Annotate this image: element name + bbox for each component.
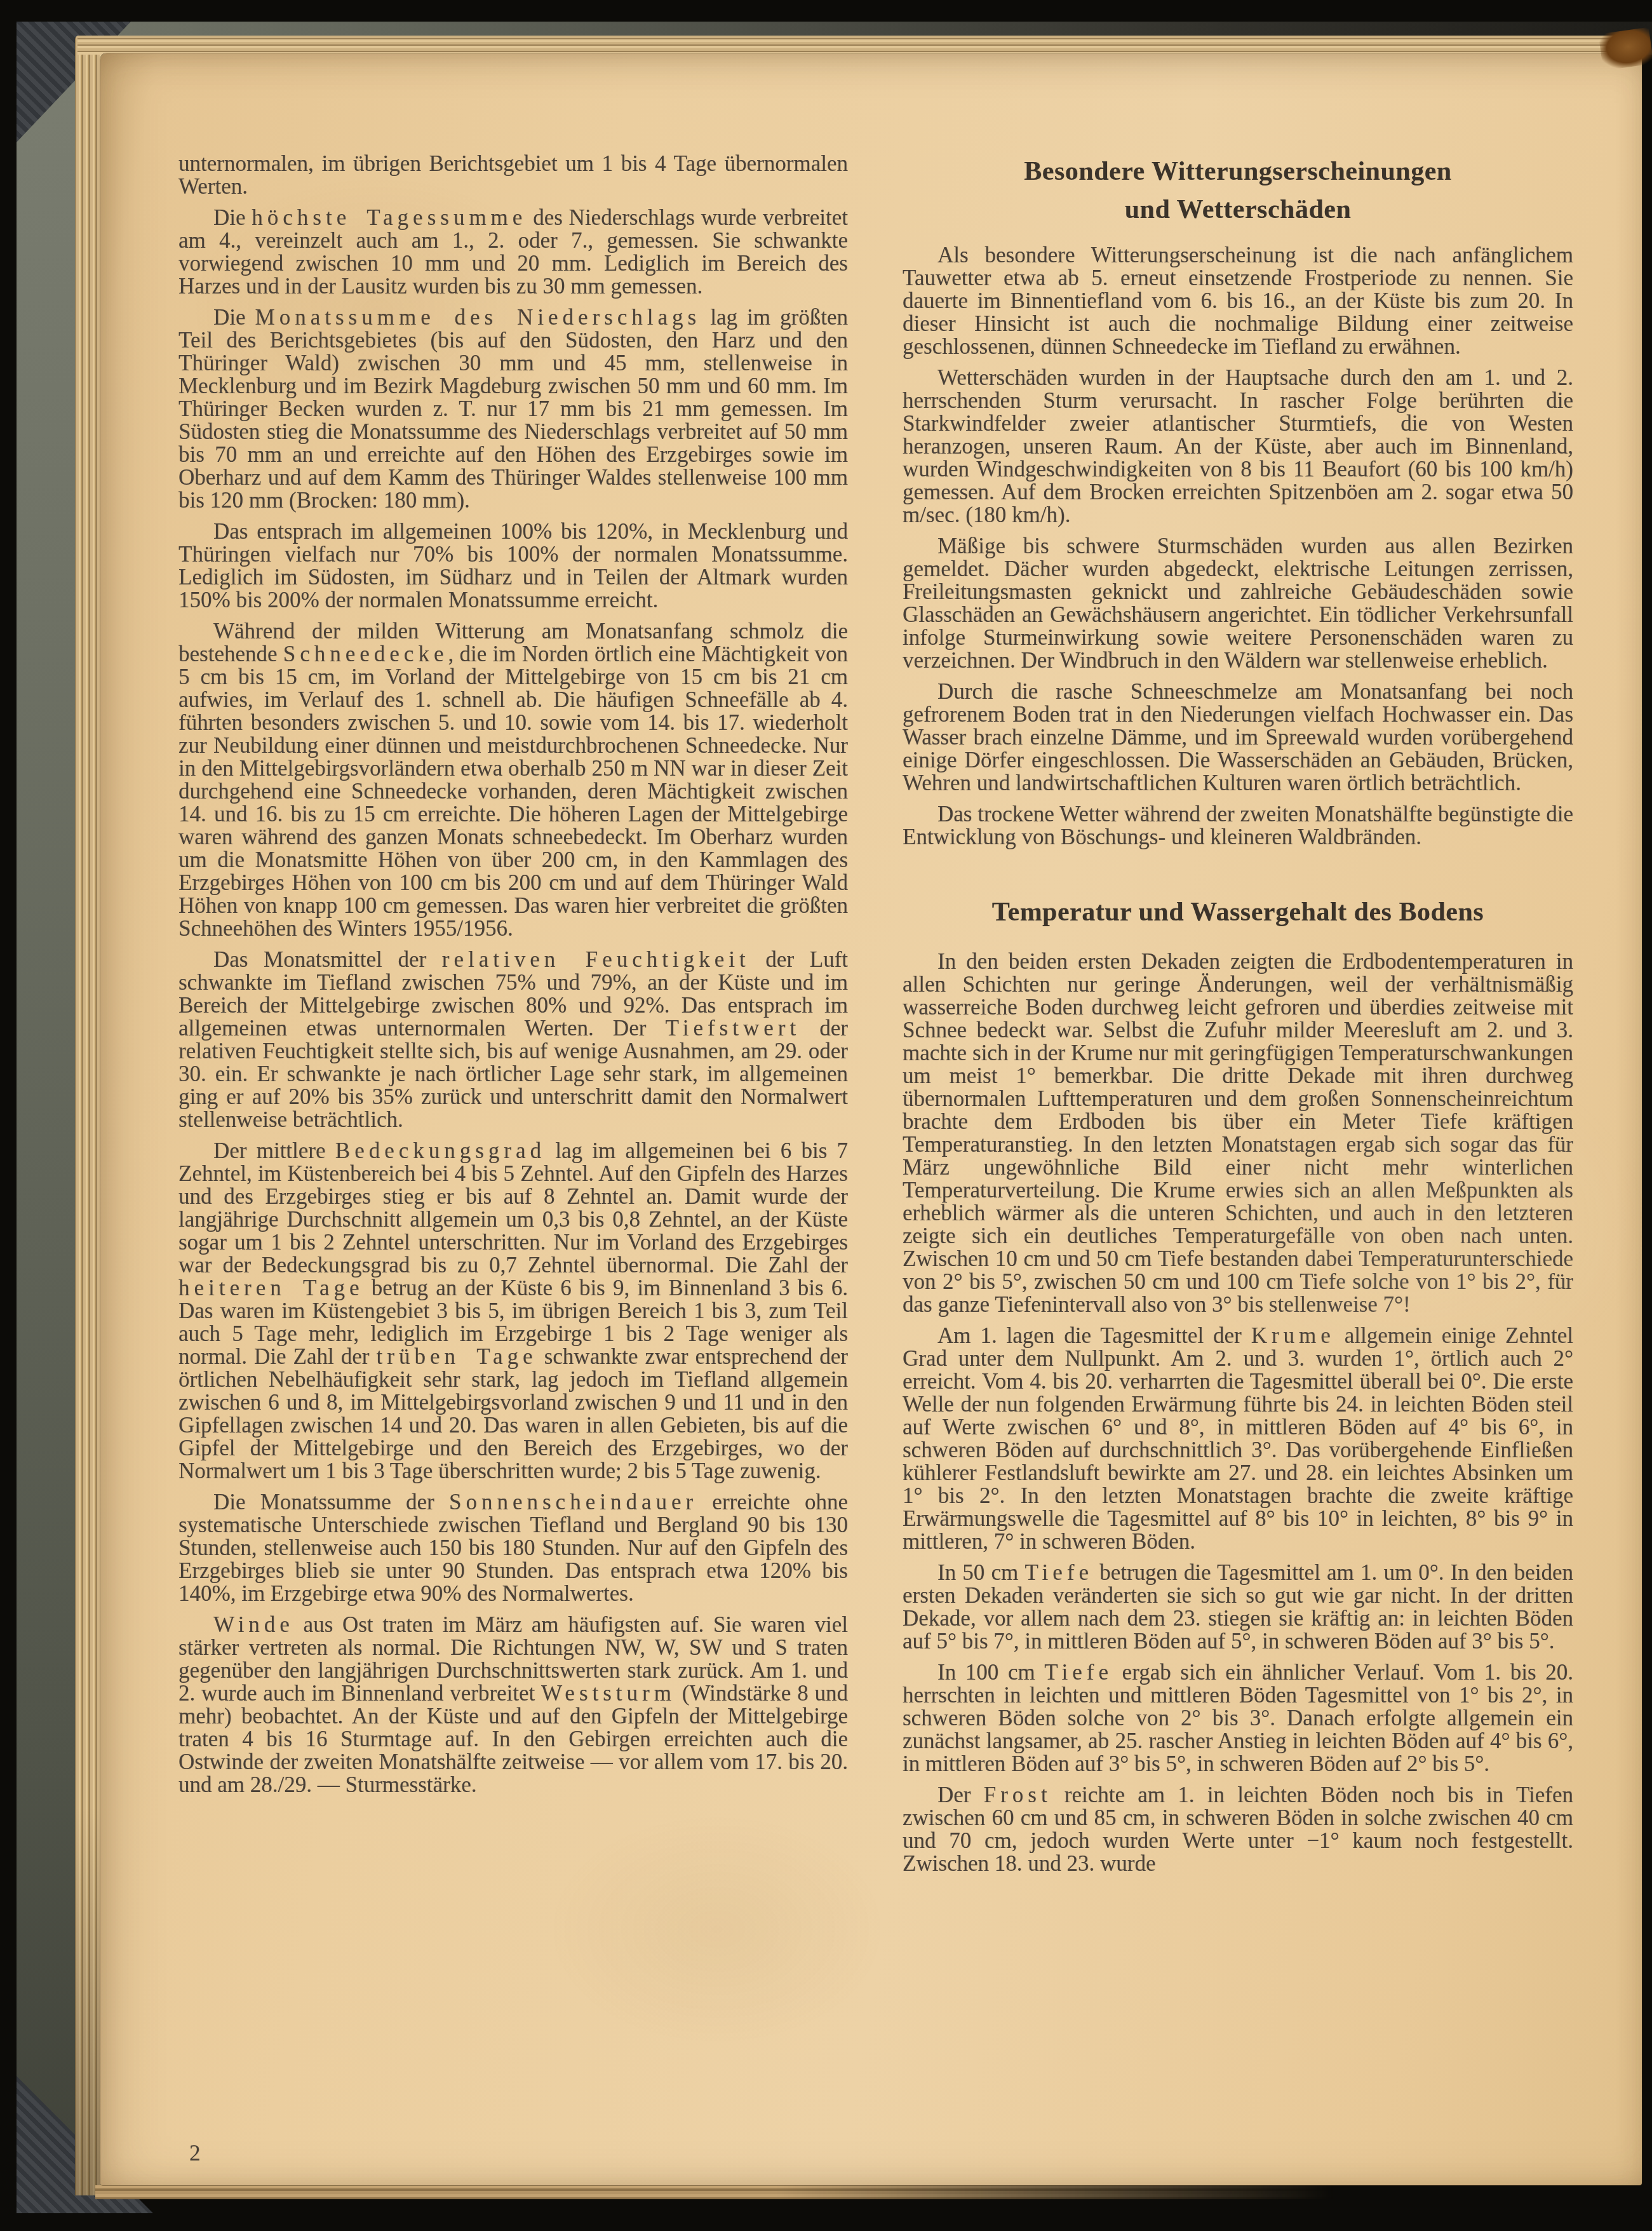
- paragraph: Durch die rasche Schneeschmelze am Monat…: [903, 680, 1573, 795]
- emphasized-text: trüben Tage: [377, 1344, 537, 1369]
- paragraph: Am 1. lagen die Tagesmittel der Krume al…: [903, 1324, 1573, 1553]
- emphasized-text: Krume: [1251, 1323, 1335, 1348]
- emphasized-text: Tiefe: [1024, 1560, 1093, 1585]
- paragraph: In 50 cm Tiefe betrugen die Tagesmittel …: [903, 1561, 1573, 1653]
- page-paper: unternormalen, im übrigen Berichtsgebiet…: [100, 53, 1642, 2185]
- heading-line: und Wetterschäden: [903, 191, 1573, 229]
- paragraph: Das Monatsmittel der relativen Feuchtigk…: [178, 948, 848, 1131]
- text-segment: Die: [213, 205, 252, 230]
- section-heading: Besondere Witterungserscheinungenund Wet…: [903, 152, 1573, 229]
- paragraph: In den beiden ersten Dekaden zeigten die…: [903, 950, 1573, 1316]
- text-segment: Wetterschäden wurden in der Hauptsache d…: [903, 365, 1573, 527]
- page-number: 2: [189, 2141, 201, 2166]
- page-stack-edges-bottom: [95, 2185, 1334, 2199]
- text-segment: unternormalen, im übrigen Berichtsgebiet…: [178, 152, 848, 199]
- paragraph: Die Monatssumme der Sonnenscheindauer er…: [178, 1491, 848, 1605]
- page-stack-edges-top: [77, 36, 1642, 55]
- text-segment: In 100 cm: [937, 1660, 1044, 1685]
- emphasized-text: Tiefstwert: [666, 1016, 801, 1041]
- paragraph: unternormalen, im übrigen Berichtsgebiet…: [178, 152, 848, 198]
- paragraph: Das trockene Wetter während der zweiten …: [903, 803, 1573, 849]
- paragraph: Die Monatssumme des Niederschlags lag im…: [178, 306, 848, 512]
- paragraph: Als besondere Witterungserscheinung ist …: [903, 244, 1573, 358]
- right-column: Besondere Witterungserscheinungenund Wet…: [903, 152, 1573, 2147]
- emphasized-text: Tiefe: [1044, 1660, 1113, 1685]
- text-segment: Der: [937, 1783, 984, 1807]
- paragraph: Das entsprach im allgemeinen 100% bis 12…: [178, 520, 848, 612]
- text-segment: Der mittlere: [213, 1138, 335, 1163]
- emphasized-text: Bedeckungsgrad: [335, 1138, 546, 1163]
- text-segment: , die im Norden örtlich eine Mächtigkeit…: [178, 642, 848, 941]
- emphasized-text: relativen Feuchtigkeit: [442, 947, 750, 972]
- paragraph: Winde aus Ost traten im März am häufigst…: [178, 1614, 848, 1796]
- paragraph: Wetterschäden wurden in der Hauptsache d…: [903, 367, 1573, 527]
- paragraph: Mäßige bis schwere Sturmschäden wurden a…: [903, 535, 1573, 672]
- text-segment: lag im größten Teil des Berichtsgebietes…: [178, 305, 848, 513]
- paragraph: Die höchste Tagessumme des Niederschlags…: [178, 206, 848, 298]
- emphasized-text: Monatssumme des Niederschlags: [255, 305, 701, 330]
- heading-line: Temperatur und Wassergehalt des Bodens: [903, 893, 1573, 931]
- paper-damage-stain: [1598, 27, 1652, 71]
- emphasized-text: Sonnenscheindauer: [449, 1490, 697, 1514]
- left-column: unternormalen, im übrigen Berichtsgebiet…: [178, 152, 848, 2147]
- text-segment: Das trockene Wetter während der zweiten …: [903, 802, 1573, 849]
- section-heading: Temperatur und Wassergehalt des Bodens: [903, 893, 1573, 931]
- heading-line: Besondere Witterungserscheinungen: [903, 152, 1573, 191]
- text-segment: In 50 cm: [937, 1560, 1024, 1585]
- paragraph: Der mittlere Bedeckungsgrad lag im allge…: [178, 1140, 848, 1483]
- emphasized-text: höchste Tagessumme: [252, 205, 527, 230]
- text-segment: In den beiden ersten Dekaden zeigten die…: [903, 949, 1573, 1317]
- scanned-book-page: unternormalen, im übrigen Berichtsgebiet…: [0, 0, 1652, 2231]
- text-segment: Mäßige bis schwere Sturmschäden wurden a…: [903, 534, 1573, 673]
- paragraph: In 100 cm Tiefe ergab sich ein ähnlicher…: [903, 1661, 1573, 1776]
- text-segment: Das entsprach im allgemeinen 100% bis 12…: [178, 519, 848, 612]
- text-segment: Als besondere Witterungserscheinung ist …: [903, 243, 1573, 359]
- emphasized-text: heiteren Tage: [178, 1276, 364, 1300]
- text-segment: Am 1. lagen die Tagesmittel der: [937, 1323, 1251, 1348]
- emphasized-text: Weststurm: [541, 1681, 676, 1706]
- emphasized-text: Winde: [213, 1612, 294, 1637]
- paragraph: Der Frost reichte am 1. in leichten Böde…: [903, 1784, 1573, 1875]
- emphasized-text: Frost: [984, 1783, 1052, 1807]
- text-segment: Durch die rasche Schneeschmelze am Monat…: [903, 679, 1573, 795]
- text-segment: allgemein einige Zehntel Grad unter dem …: [903, 1323, 1573, 1554]
- book-cover-left-edge: [17, 22, 80, 2213]
- text-segment: Die Monatssumme der: [213, 1490, 449, 1514]
- emphasized-text: Schneedecke: [283, 642, 448, 666]
- text-segment: Die: [213, 305, 255, 330]
- paragraph: Während der milden Witterung am Monatsan…: [178, 620, 848, 940]
- text-segment: Das Monatsmittel der: [213, 947, 442, 972]
